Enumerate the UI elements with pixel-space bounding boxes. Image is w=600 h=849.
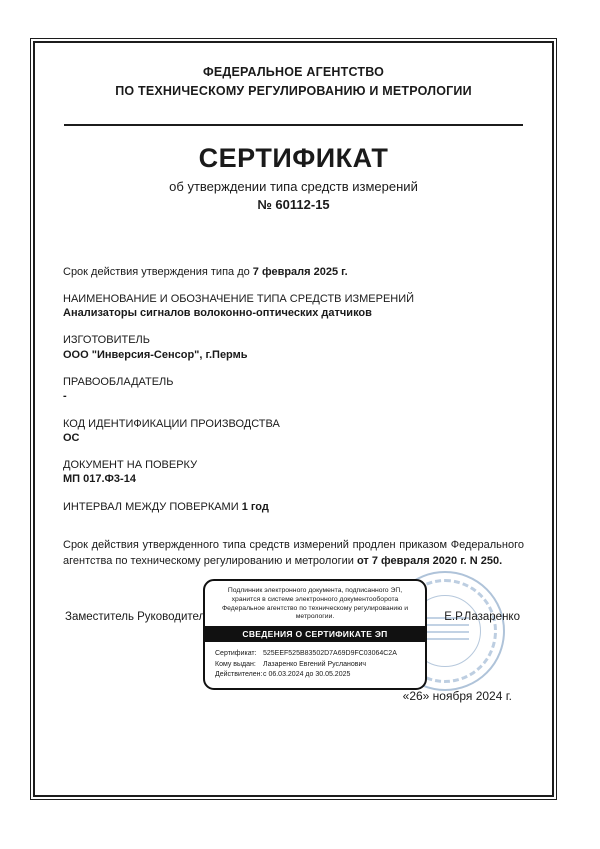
certificate-content: ФЕДЕРАЛЬНОЕ АГЕНТСТВО ПО ТЕХНИЧЕСКОМУ РЕ… [33,41,554,797]
extension-paragraph: Срок действия утвержденного типа средств… [63,538,524,570]
certificate-date: «26» ноября 2024 г. [63,689,524,703]
field-production-code: КОД ИДЕНТИФИКАЦИИ ПРОИЗВОДСТВА ОС [63,417,524,446]
agency-line2: ПО ТЕХНИЧЕСКОМУ РЕГУЛИРОВАНИЮ И МЕТРОЛОГ… [63,82,524,101]
header-divider [64,124,523,126]
field-value: МП 017.Ф3-14 [63,472,524,486]
verification-interval-line: ИНТЕРВАЛ МЕЖДУ ПОВЕРКАМИ 1 год [63,500,524,514]
esign-issued-to-row: Кому выдан:Лазаренко Евгений Русланович [215,660,415,671]
field-label: НАИМЕНОВАНИЕ И ОБОЗНАЧЕНИЕ ТИПА СРЕДСТВ … [63,292,524,306]
signatory-position: Заместитель Руководителя [65,611,211,623]
field-value: Анализаторы сигналов волоконно-оптически… [63,306,524,320]
field-type-name: НАИМЕНОВАНИЕ И ОБОЗНАЧЕНИЕ ТИПА СРЕДСТВ … [63,292,524,321]
certificate-page: ФЕДЕРАЛЬНОЕ АГЕНТСТВО ПО ТЕХНИЧЕСКОМУ РЕ… [0,0,600,849]
esign-row-value: 525EEF525B83502D7A69D9FC03064C2A [263,650,397,657]
esign-row-label: Сертификат: [215,649,263,660]
agency-line1: ФЕДЕРАЛЬНОЕ АГЕНТСТВО [63,63,524,82]
esign-valid-row: Действителен:с 06.03.2024 до 30.05.2025 [215,670,415,681]
esign-certificate-row: Сертификат:525EEF525B83502D7A69D9FC03064… [215,649,415,660]
title-block: СЕРТИФИКАТ об утверждении типа средств и… [63,143,524,212]
field-label: ИЗГОТОВИТЕЛЬ [63,333,524,347]
certificate-frame: ФЕДЕРАЛЬНОЕ АГЕНТСТВО ПО ТЕХНИЧЕСКОМУ РЕ… [30,38,557,800]
field-value: - [63,389,524,403]
interval-prefix: ИНТЕРВАЛ МЕЖДУ ПОВЕРКАМИ [63,501,242,513]
agency-header: ФЕДЕРАЛЬНОЕ АГЕНТСТВО ПО ТЕХНИЧЕСКОМУ РЕ… [63,63,524,101]
validity-date: 7 февраля 2025 г. [253,266,348,278]
esignature-stamp-box: Подлинник электронного документа, подпис… [203,579,427,690]
field-label: КОД ИДЕНТИФИКАЦИИ ПРОИЗВОДСТВА [63,417,524,431]
certificate-subtitle: об утверждении типа средств измерений [63,179,524,194]
extension-order: от 7 февраля 2020 г. N 250. [357,555,502,567]
field-label: ДОКУМЕНТ НА ПОВЕРКУ [63,458,524,472]
esign-details: Сертификат:525EEF525B83502D7A69D9FC03064… [205,642,425,682]
certificate-title: СЕРТИФИКАТ [63,143,524,174]
esign-preamble: Подлинник электронного документа, подпис… [209,581,421,626]
field-manufacturer: ИЗГОТОВИТЕЛЬ ООО "Инверсия-Сенсор", г.Пе… [63,333,524,362]
esign-row-label: Кому выдан: [215,660,263,671]
field-value: ООО "Инверсия-Сенсор", г.Пермь [63,348,524,362]
certificate-number: № 60112-15 [63,197,524,212]
field-value: ОС [63,431,524,445]
interval-value: 1 год [242,501,269,513]
field-rights-holder: ПРАВООБЛАДАТЕЛЬ - [63,375,524,404]
esign-row-label: Действителен: [215,670,263,681]
validity-prefix: Срок действия утверждения типа до [63,266,253,278]
esign-row-value: Лазаренко Евгений Русланович [263,661,366,668]
field-verification-doc: ДОКУМЕНТ НА ПОВЕРКУ МП 017.Ф3-14 [63,458,524,487]
signature-row: Заместитель Руководителя Подлинник элект… [63,579,524,683]
signatory-name: Е.Р.Лазаренко [444,611,520,623]
esign-row-value: с 06.03.2024 до 30.05.2025 [263,671,350,678]
field-label: ПРАВООБЛАДАТЕЛЬ [63,375,524,389]
esign-bar-title: СВЕДЕНИЯ О СЕРТИФИКАТЕ ЭП [205,626,425,642]
validity-line: Срок действия утверждения типа до 7 февр… [63,265,524,279]
